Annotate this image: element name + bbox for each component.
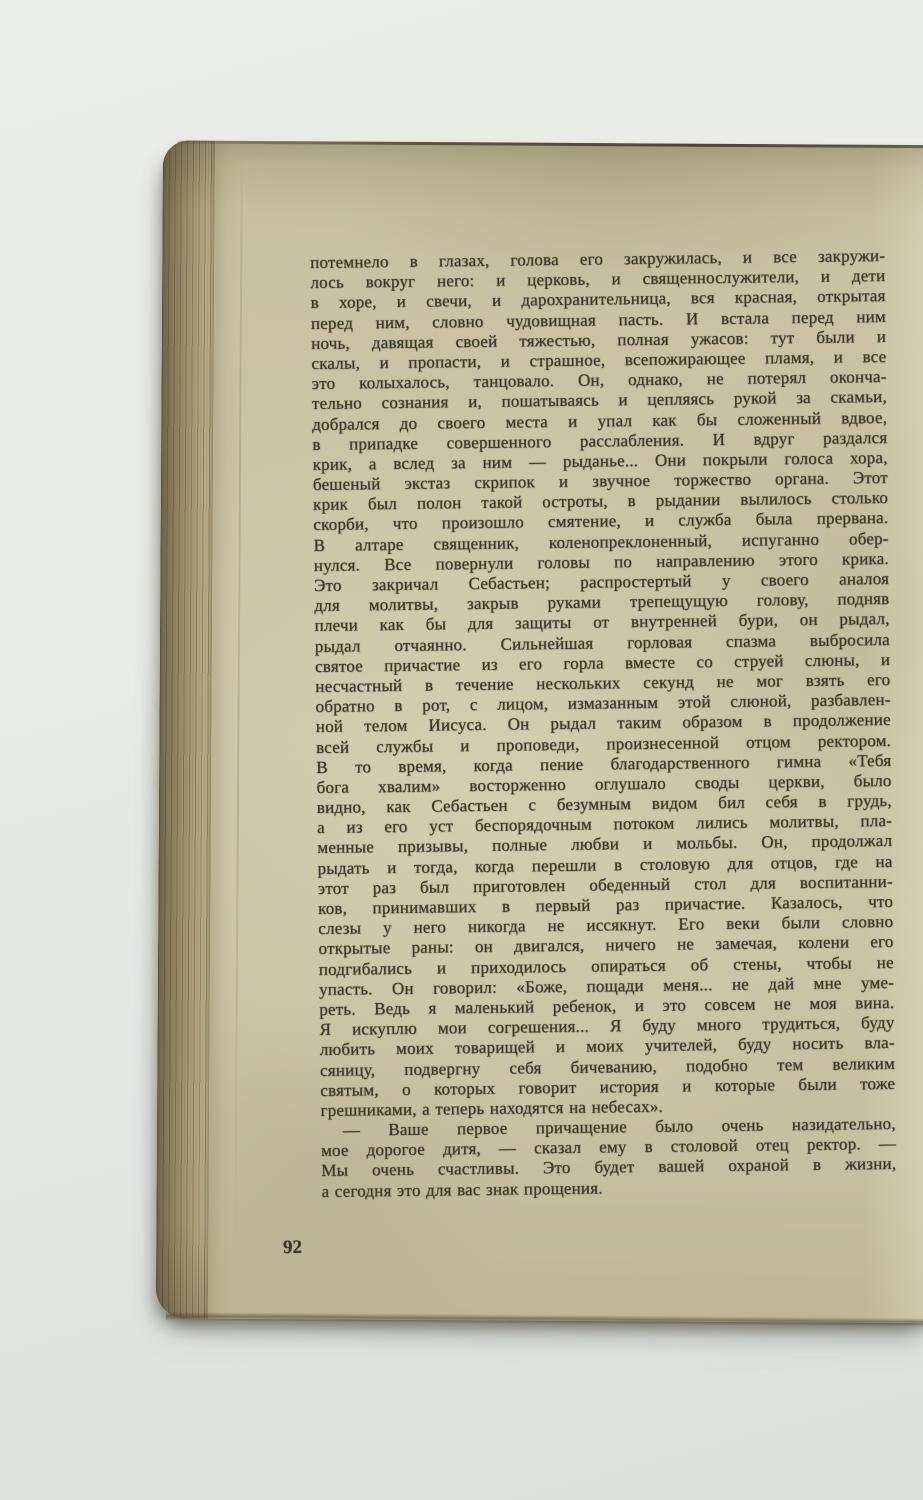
page-top-edge bbox=[177, 141, 923, 149]
text-block: потемнело в глазах, голова его закружила… bbox=[310, 246, 897, 1202]
page-number: 92 bbox=[283, 1237, 302, 1259]
page-bottom-edge-shadow bbox=[166, 1312, 923, 1327]
scanned-book-photo: потемнело в глазах, голова его закружила… bbox=[0, 0, 923, 1500]
paragraph: потемнело в глазах, голова его закружила… bbox=[310, 246, 896, 1121]
paragraph: — Ваше первое причащение было очень нази… bbox=[321, 1114, 897, 1202]
stacked-page-edges bbox=[156, 140, 215, 1318]
